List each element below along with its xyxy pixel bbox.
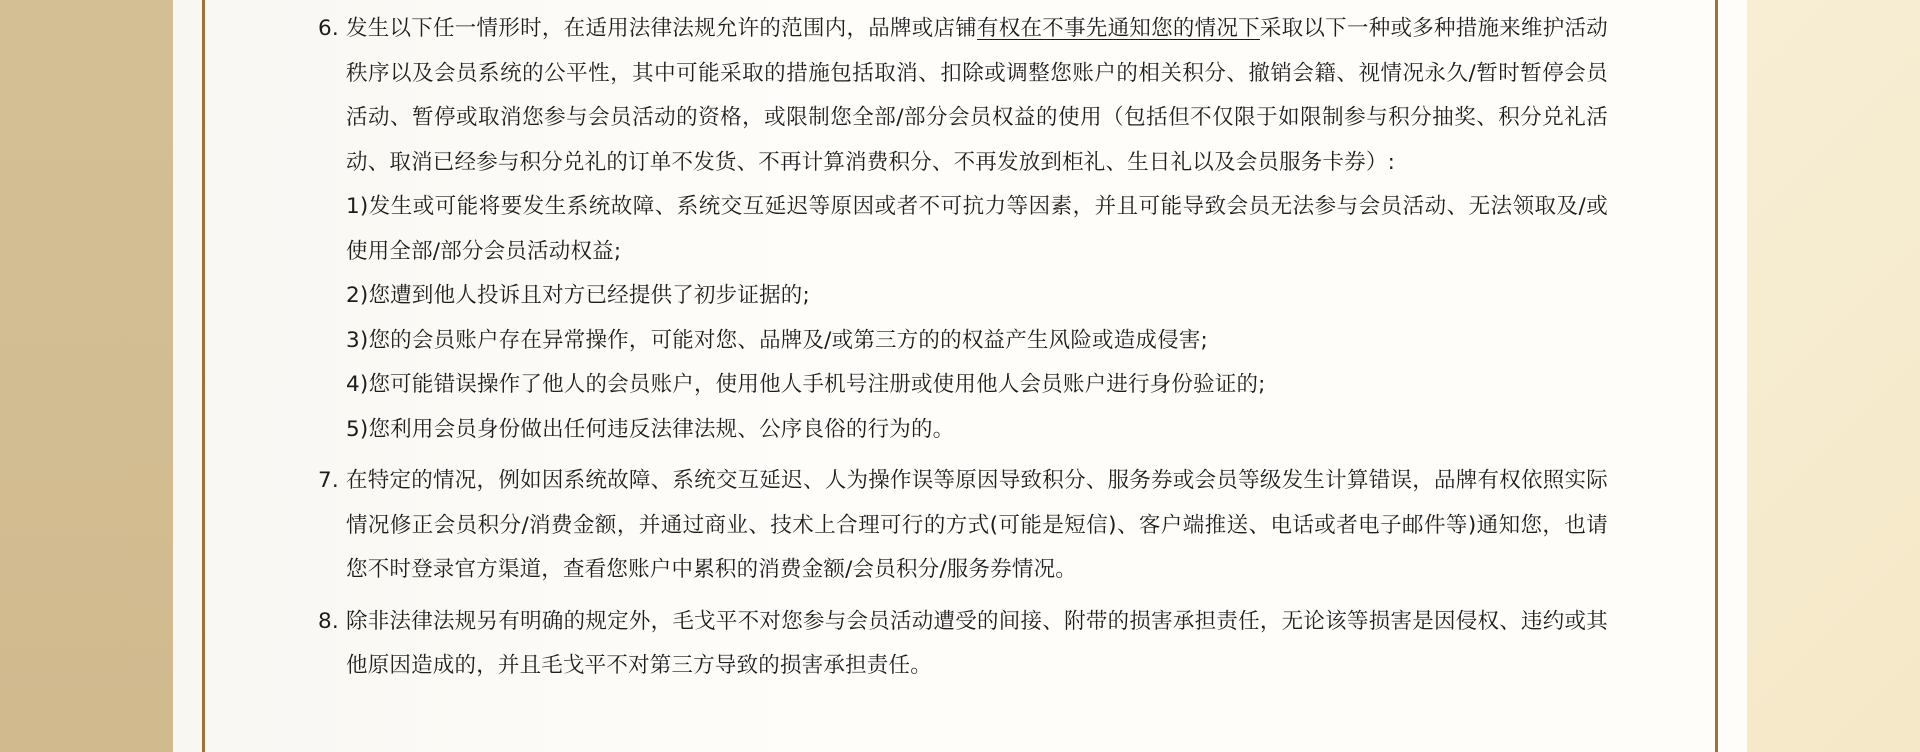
sub-clause-item: 4)您可能错误操作了他人的会员账户，使用他人手机号注册或使用他人会员账户进行身份… xyxy=(346,363,1608,408)
sub-clause-item: 3)您的会员账户存在异常操作，可能对您、品牌及/或第三方的的权益产生风险或造成侵… xyxy=(346,319,1608,364)
underlined-clause-text: 有权在不事先通知您的情况下 xyxy=(977,16,1260,41)
clause-text: 除非法律法规另有明确的规定外，毛戈平不对您参与会员活动遭受的间接、附带的损害承担… xyxy=(346,609,1608,679)
terms-content: 6. 发生以下任一情形时，在适用法律法规允许的范围内，品牌或店铺有权在不事先通知… xyxy=(318,7,1608,696)
clause-number: 6. xyxy=(318,7,339,52)
clause-7: 7. 在特定的情况，例如因系统故障、系统交互延迟、人为操作误等原因导致积分、服务… xyxy=(318,459,1608,593)
right-decorative-band xyxy=(1747,0,1920,752)
sub-clause-item: 2)您遭到他人投诉且对方已经提供了初步证据的; xyxy=(346,274,1608,319)
sub-clause-list: 1)发生或可能将要发生系统故障、系统交互延迟等原因或者不可抗力等因素，并且可能导… xyxy=(318,185,1608,452)
sub-clause-item: 5)您利用会员身份做出任何违反法律法规、公序良俗的行为的。 xyxy=(346,408,1608,453)
clause-6: 6. 发生以下任一情形时，在适用法律法规允许的范围内，品牌或店铺有权在不事先通知… xyxy=(318,7,1608,452)
clause-text: 发生以下任一情形时，在适用法律法规允许的范围内，品牌或店铺 xyxy=(346,16,977,41)
clause-text: 在特定的情况，例如因系统故障、系统交互延迟、人为操作误等原因导致积分、服务券或会… xyxy=(346,468,1608,582)
frame-border-right xyxy=(1715,0,1718,752)
frame-border-left xyxy=(202,0,205,752)
clause-number: 8. xyxy=(318,600,339,645)
sub-clause-item: 1)发生或可能将要发生系统故障、系统交互延迟等原因或者不可抗力等因素，并且可能导… xyxy=(346,185,1608,274)
left-decorative-band xyxy=(0,0,173,752)
clause-number: 7. xyxy=(318,459,339,504)
clause-8: 8. 除非法律法规另有明确的规定外，毛戈平不对您参与会员活动遭受的间接、附带的损… xyxy=(318,600,1608,689)
